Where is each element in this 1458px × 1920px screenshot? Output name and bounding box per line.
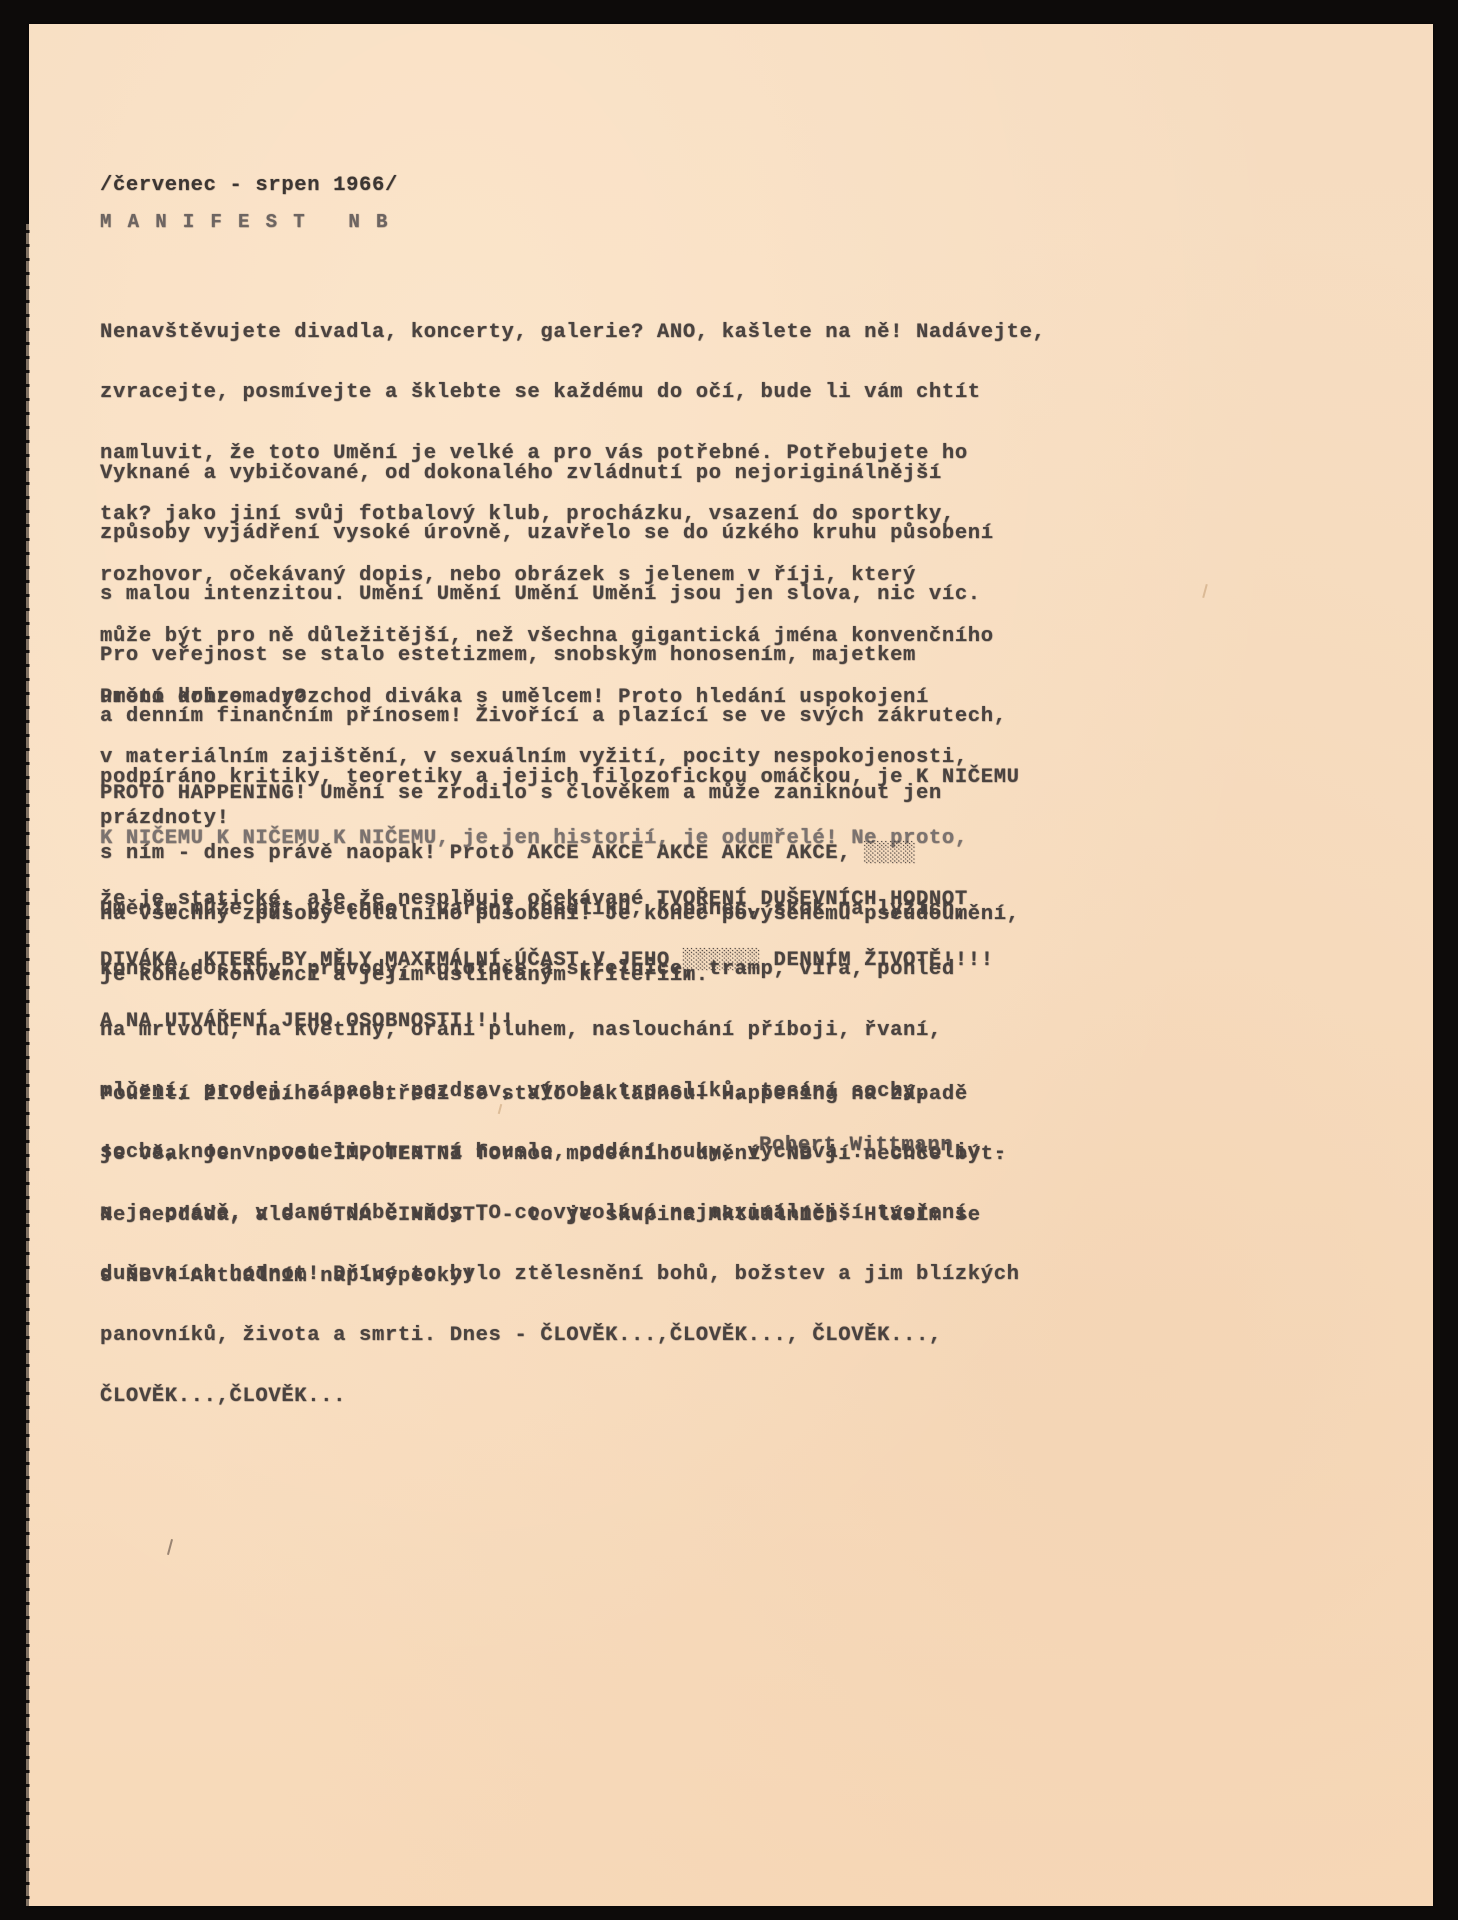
text-line: Uměním může být všechno - vaření knedlík… xyxy=(100,900,1020,920)
text-line: Ne neodada, ale NUTNÁ ČINNOST! - to je s… xyxy=(100,1206,1007,1226)
text-line: PROTO HAPPENING! Umění se zrodilo s člov… xyxy=(100,784,1020,804)
text-line: Vyknané a vybičované, od dokonalého zvlá… xyxy=(100,464,1020,484)
text-line: ČLOVĚK...,ČLOVĚK... xyxy=(100,1387,1020,1407)
text-line: Proto krize - rozchod diváka s umělcem! … xyxy=(100,688,968,708)
text-line: s NB k Aktuálním naplnýpecky! xyxy=(100,1267,1007,1287)
typewritten-page: /červenec - srpen 1966/ MANIFEST NB Nena… xyxy=(29,24,1433,1906)
document-title: MANIFEST NB xyxy=(100,212,404,232)
date-line: /červenec - srpen 1966/ xyxy=(100,176,398,196)
paragraph-6: Použití životního prostředí se stalo zák… xyxy=(100,1044,1007,1328)
text-line: na mrtvolu, na květiny, orání pluhem, na… xyxy=(100,1021,1020,1041)
text-line: způsoby vyjádření vysoké úrovně, uzavřel… xyxy=(100,524,1020,544)
paper-speck xyxy=(167,1539,173,1555)
text-line: zvracejte, posmívejte a šklebte se každé… xyxy=(100,383,1046,403)
text-line: panovníků, života a smrti. Dnes - ČLOVĚK… xyxy=(100,1326,1020,1346)
paper-speck xyxy=(1202,584,1208,598)
text-line: Použití životního prostředí se stalo zák… xyxy=(100,1085,1007,1105)
signature: Robert Wittmann xyxy=(759,1136,953,1156)
text-line: koňské dostihy, průvody, kolotoče a stře… xyxy=(100,960,1020,980)
text-line: Nenavštěvujete divadla, koncerty, galeri… xyxy=(100,323,1046,343)
text-line: s malou intenzitou. Umění Umění Umění Um… xyxy=(100,585,1020,605)
